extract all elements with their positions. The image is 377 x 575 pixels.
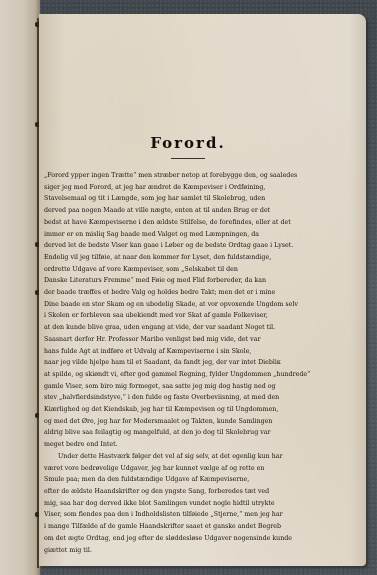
text-line: været vore bedrøvelige Udgaver, jeg har …	[44, 463, 332, 475]
paragraph-1: „Forord ypper ingen Trætte“ men stræber …	[44, 170, 332, 451]
text-line: Kiærlighed og det Kiendskab, jeg har til…	[44, 404, 332, 416]
text-line: bedst at have Kæmpeviserne i den ældste …	[44, 217, 332, 229]
text-line: „Forord ypper ingen Trætte“ men stræber …	[44, 170, 332, 182]
left-page-edge	[0, 0, 40, 575]
page-title: Forord.	[44, 134, 332, 152]
page-content: Forord. „Forord ypper ingen Trætte“ men …	[44, 134, 332, 556]
title-divider	[171, 158, 205, 159]
text-line: derved paa nogen Maade at ville nægte, e…	[44, 205, 332, 217]
text-line: Stavelsemaal og tit i Længde, som jeg ha…	[44, 193, 332, 205]
text-line: naar jeg vilde hjelpe ham til et Saadant…	[44, 357, 332, 369]
text-line: hans fulde Agt at indføre et Udvalg af K…	[44, 346, 332, 358]
text-line: Viser, som fiendes paa den i Indholdslis…	[44, 509, 332, 521]
text-line: Under dette Hastværk følger det vel af s…	[44, 451, 332, 463]
paragraph-2: Under dette Hastværk følger det vel af s…	[44, 451, 332, 556]
text-line: mig, saa har dog derved ikke blot Samlin…	[44, 498, 332, 510]
text-line: derved let de bedste Viser kan gaae i Lø…	[44, 240, 332, 252]
text-line: i mange Tilfælde af de gamle Haandskrift…	[44, 521, 332, 533]
text-line: Dine baade en stor Skam og en ubodelig S…	[44, 299, 332, 311]
text-line: aldrig blive saa feilagtig og mangelfuld…	[44, 427, 332, 439]
text-line: immer er en misliq Sag baade med Valget …	[44, 229, 332, 241]
text-line: at den kunde blive graa, uden engang at …	[44, 322, 332, 334]
text-line: meget bedre end Intet.	[44, 439, 332, 451]
text-line: der baade træffes et bedre Valg og holde…	[44, 287, 332, 299]
text-line: om det ægte Ordtag, end jeg efter de slø…	[44, 533, 332, 545]
text-line: Saasnart derfor Hr. Professor Maribo ven…	[44, 334, 332, 346]
text-line: stev „halvfierdsindstyve,“ i den fulde o…	[44, 392, 332, 404]
text-line: efter de ældste Haandskrifter og den yng…	[44, 486, 332, 498]
text-line: ordrette Udgave af vore Kæmpeviser, som …	[44, 264, 332, 276]
text-line: at spilde, og skiøndt vi, efter god gamm…	[44, 369, 332, 381]
text-line: siger jeg med Forord, at jeg har ændret …	[44, 182, 332, 194]
text-line: gamle Viser, som biro mig formeget, saa …	[44, 381, 332, 393]
text-line: Smule paa; men da den fuldstændige Udgav…	[44, 474, 332, 486]
text-line: og med det Øre, jeg har for Modersmaalet…	[44, 416, 332, 428]
text-line: Endelig vil jeg tilføie, at naar den kom…	[44, 252, 332, 264]
text-line: giættet mig til.	[44, 545, 332, 557]
text-line: i Skolen er forbleven saa ubekiendt med …	[44, 310, 332, 322]
text-line: Danske Literaturs Fremme“ med Føie og me…	[44, 275, 332, 287]
